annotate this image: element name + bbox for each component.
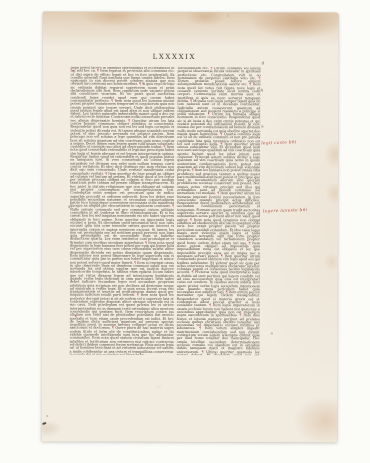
ink-speck <box>42 422 46 425</box>
pilcrow-mark: ¶ <box>163 145 165 149</box>
pilcrow-mark: ¶ <box>249 83 251 87</box>
pilcrow-mark: ¶ <box>217 191 219 195</box>
text-column-right: Ierosolimitam etc. ¶ Utrum celibatus vel… <box>177 67 261 355</box>
pilcrow-mark: ¶ <box>220 142 222 146</box>
pilcrow-mark: ¶ <box>209 303 211 307</box>
text-column-left: papa potest facere in omnibus spirituali… <box>70 67 175 355</box>
ink-speck <box>46 415 48 416</box>
left-margin-rubric-mark: ¶ <box>73 70 75 74</box>
pilcrow-mark: ¶ <box>210 67 212 70</box>
pilcrow-mark: ¶ <box>172 204 174 208</box>
pilcrow-mark: ¶ <box>190 218 192 222</box>
manuscript-annotation: legit caste bñi <box>261 139 325 145</box>
page-number: LXXXXIX <box>153 53 197 61</box>
pencil-mark: ≈ <box>155 382 164 391</box>
pilcrow-mark: ¶ <box>192 168 194 172</box>
margin-letter-d: d <box>262 61 264 65</box>
pilcrow-mark: ¶ <box>112 326 114 330</box>
pilcrow-mark: ¶ <box>105 171 107 175</box>
book-leaf: LXXXXIX papa potest facere in omnibus sp… <box>41 11 338 442</box>
pilcrow-mark: ¶ <box>220 132 222 136</box>
manuscript-annotation: legere iuveste bñi <box>263 207 327 213</box>
margin-letter-a: a <box>261 124 263 128</box>
pilcrow-mark: ¶ <box>134 260 136 264</box>
left-margin-letter: a <box>68 205 70 209</box>
pilcrow-mark: ¶ <box>249 241 251 245</box>
margin-red-mark: a <box>271 331 273 335</box>
margin-letter-A: A <box>260 88 263 92</box>
pilcrow-mark: ¶ <box>190 99 192 103</box>
pilcrow-mark: ¶ <box>199 326 201 330</box>
pilcrow-mark: ¶ <box>137 293 139 297</box>
pilcrow-mark: ¶ <box>128 119 130 123</box>
pilcrow-mark: ¶ <box>208 112 210 116</box>
pilcrow-mark: ¶ <box>258 76 260 80</box>
left-margin-rubric-mark: ¶ <box>75 315 77 319</box>
pilcrow-mark: ¶ <box>145 241 147 245</box>
pencil-mark: 8 <box>227 13 230 19</box>
pilcrow-mark: ¶ <box>111 99 113 103</box>
pilcrow-mark: ¶ <box>139 82 141 86</box>
pilcrow-mark: ¶ <box>191 270 193 274</box>
pilcrow-mark: ¶ <box>226 290 228 294</box>
pilcrow-mark: ¶ <box>97 69 99 73</box>
pilcrow-mark: ¶ <box>239 313 241 317</box>
photo-background: LXXXXIX papa potest facere in omnibus sp… <box>0 0 370 463</box>
pilcrow-mark: ¶ <box>201 350 203 354</box>
pilcrow-mark: ¶ <box>221 254 223 258</box>
